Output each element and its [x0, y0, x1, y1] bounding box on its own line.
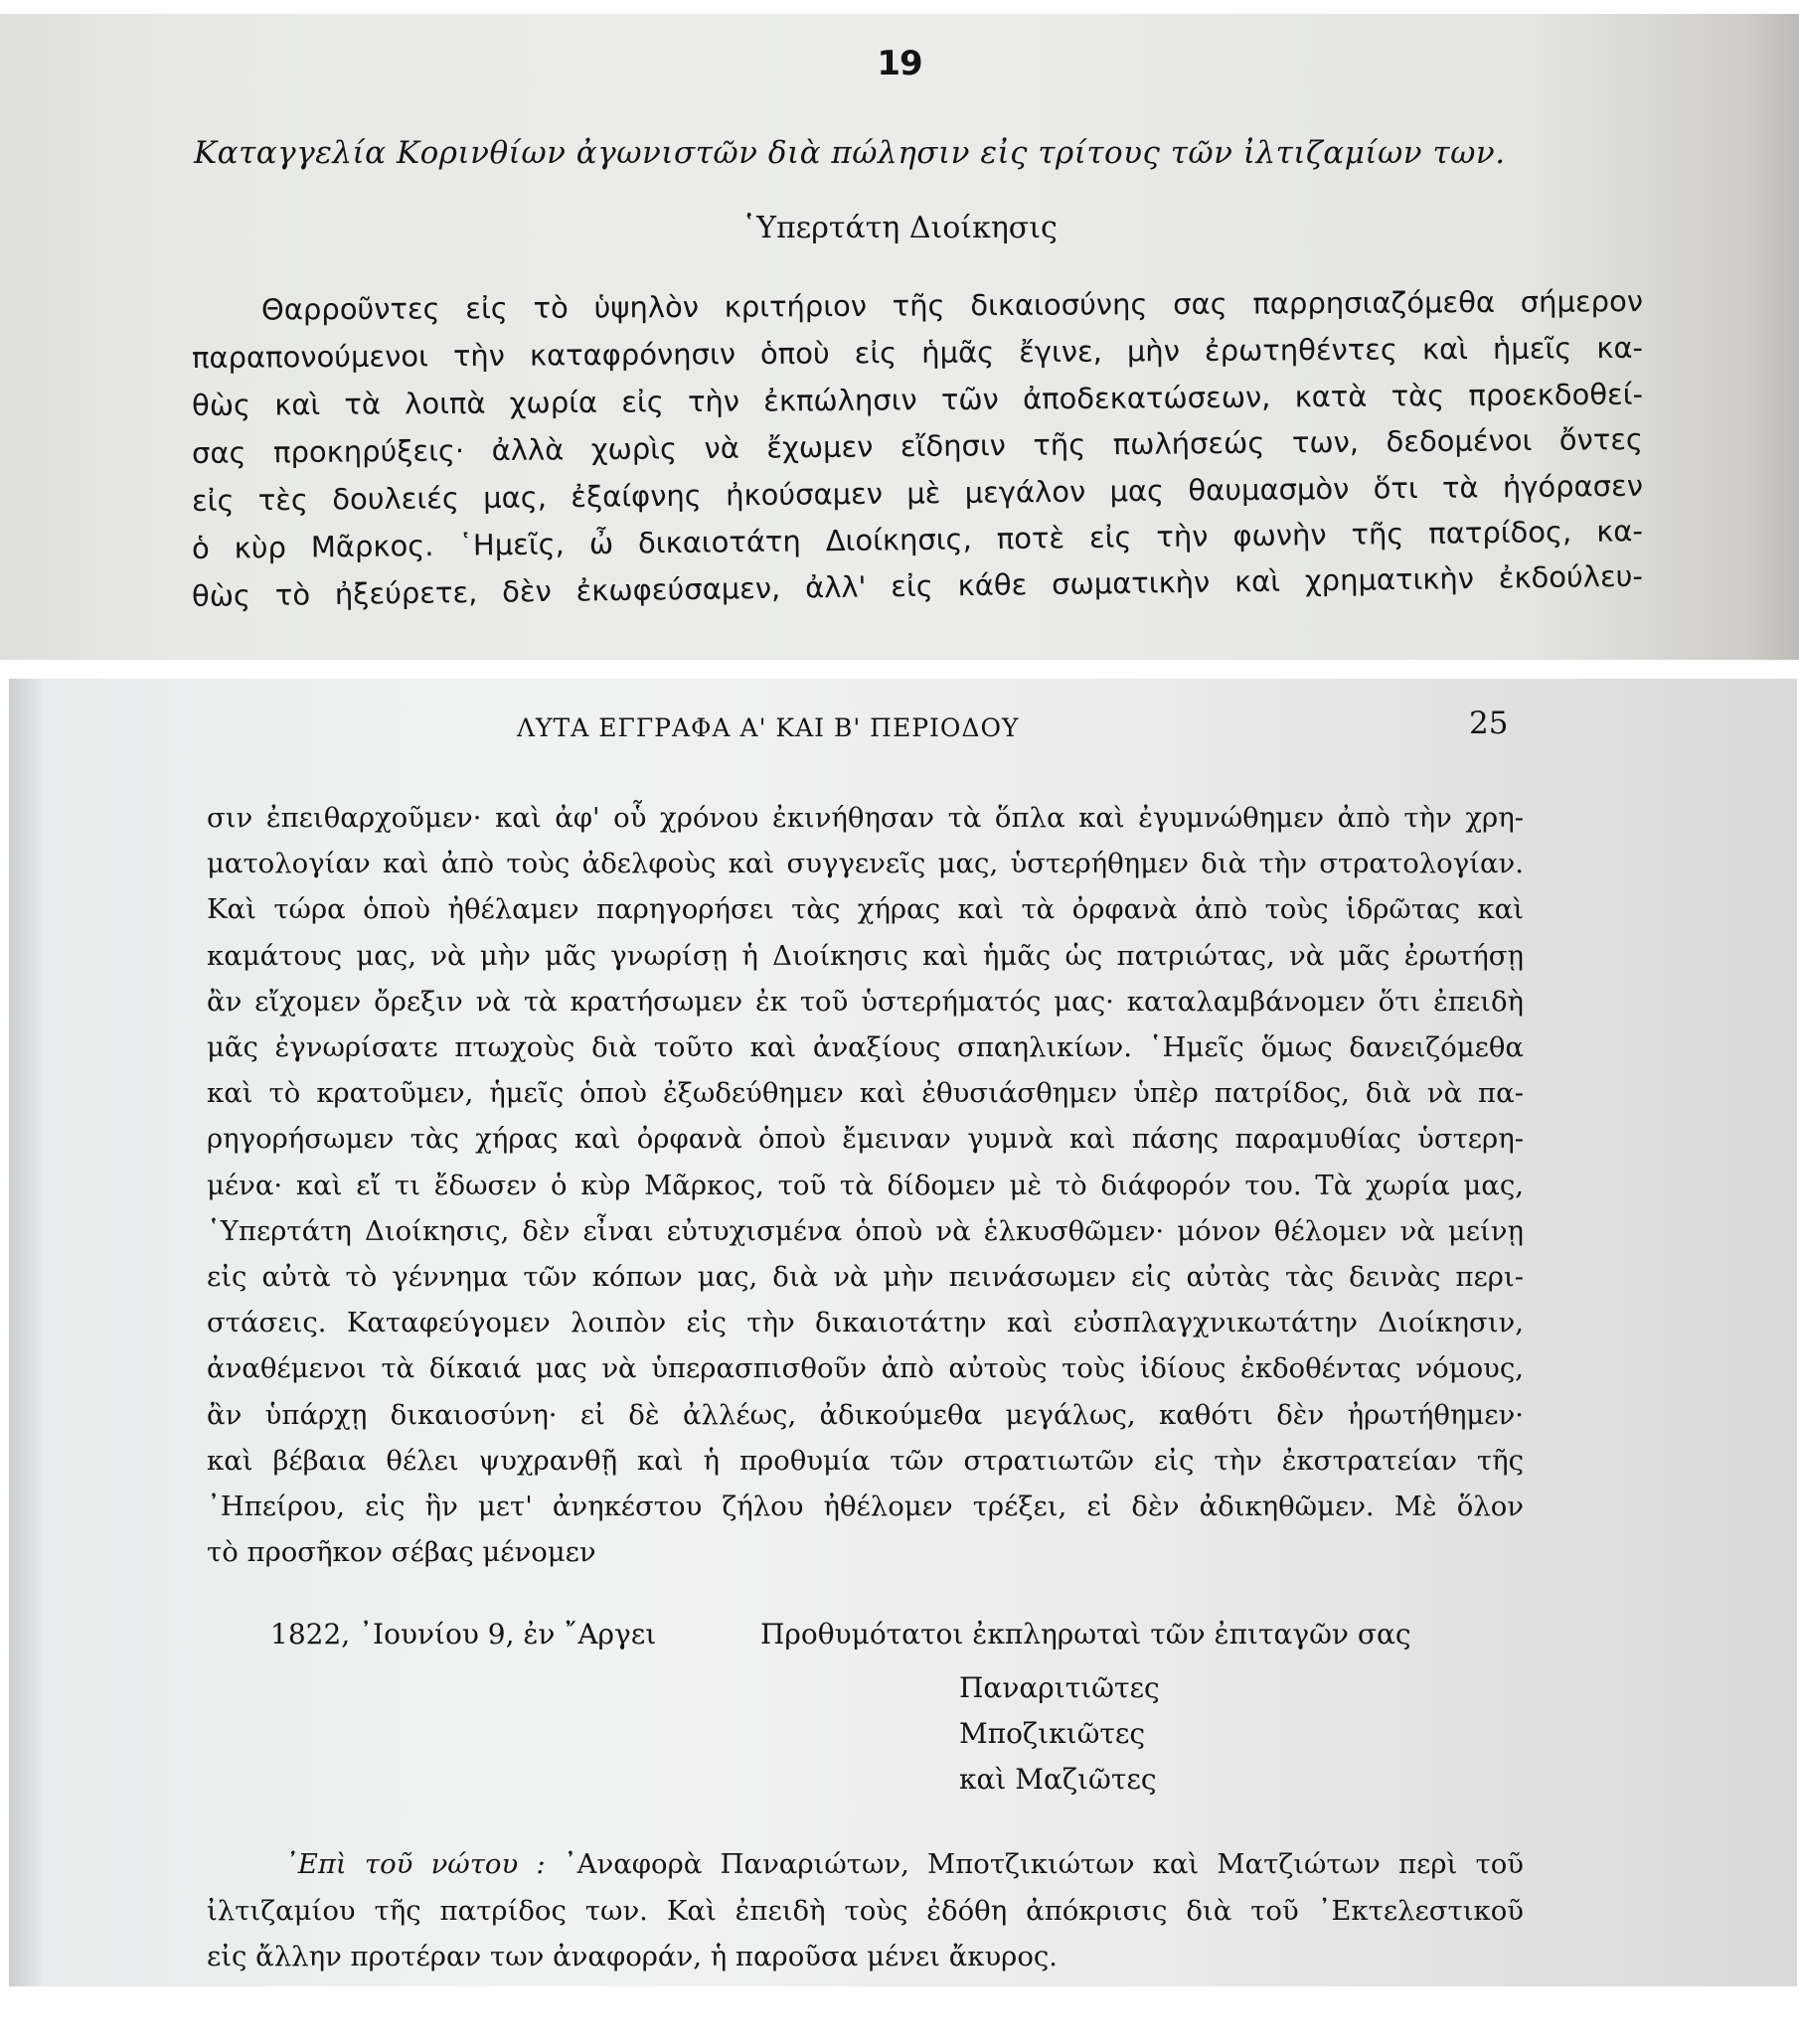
page-number: 19 — [0, 44, 1799, 83]
body-line: μένα· καὶ εἴ τι ἔδωσεν ὁ κὺρ Μᾶρκος, τοῦ… — [207, 1163, 1524, 1208]
top-page-body: Θαρροῦντες εἰς τὸ ὑψηλὸν κριτήριον τῆς δ… — [192, 286, 1643, 620]
page-number: 25 — [1469, 706, 1508, 741]
body-line: ᾿Ηπείρου, εἰς ἣν μετ' ἀνηκέστου ζήλου ἠθ… — [207, 1484, 1524, 1529]
body-line: καὶ βέβαια θέλει ψυχρανθῇ καὶ ἡ προθυμία… — [207, 1438, 1524, 1484]
body-line: τὸ προσῆκον σέβας μένομεν — [207, 1529, 1524, 1575]
signature-date-place: 1822, ᾿Ιουνίου 9, ἐν ῎Αργει — [270, 1618, 656, 1651]
body-line: καμάτους μας, νὰ μὴν μᾶς γνωρίσῃ ἡ Διοίκ… — [207, 933, 1524, 979]
body-line: σιν ἐπειθαρχοῦμεν· καὶ ἀφ' οὗ χρόνου ἐκι… — [207, 795, 1524, 841]
body-line: ματολογίαν καὶ ἀπὸ τοὺς ἀδελφοὺς καὶ συγ… — [207, 841, 1524, 886]
verso-line: ᾿Επὶ τοῦ νώτου : ᾿Αναφορὰ Παναριώτων, Μπ… — [207, 1841, 1524, 1888]
bottom-page-body: σιν ἐπειθαρχοῦμεν· καὶ ἀφ' οὗ χρόνου ἐκι… — [207, 795, 1524, 1575]
body-line: ἂν εἴχομεν ὄρεξιν νὰ τὰ κρατήσωμεν ἐκ το… — [207, 979, 1524, 1024]
body-line: στάσεις. Καταφεύγομεν λοιπὸν εἰς τὴν δικ… — [207, 1300, 1524, 1345]
body-line: ρηγορήσωμεν τὰς χήρας καὶ ὀρφανὰ ὁποὺ ἔμ… — [207, 1116, 1524, 1162]
verso-line: ἰλτιζαμίου τῆς πατρίδος των. Καὶ ἐπειδὴ … — [207, 1888, 1524, 1935]
signature-closing: Προθυμότατοι ἐκπληρωταὶ τῶν ἐπιταγῶν σας — [760, 1618, 1411, 1651]
verso-text: ᾿Αναφορὰ Παναριώτων, Μποτζικιώτων καὶ Μα… — [564, 1848, 1524, 1880]
document-title: Καταγγελία Κορινθίων ἀγωνιστῶν διὰ πώλησ… — [194, 135, 1506, 171]
signatories: Παναριτιῶτες Μποζικιῶτες καὶ Μαζιῶτες — [959, 1665, 1160, 1803]
verso-label: ᾿Επὶ τοῦ νώτου : — [284, 1848, 546, 1880]
signatory: Μποζικιῶτες — [959, 1711, 1160, 1757]
signatory: καὶ Μαζιῶτες — [959, 1757, 1160, 1803]
body-line: μᾶς ἐγνωρίσατε πτωχοὺς διὰ τοῦτο καὶ ἀνα… — [207, 1024, 1524, 1070]
body-line: ἂν ὑπάρχῃ δικαιοσύνη· εἰ δὲ ἀλλέως, ἀδικ… — [207, 1392, 1524, 1438]
body-line: ῾Υπερτάτη Διοίκησις, δὲν εἶναι εὐτυχισμέ… — [207, 1208, 1524, 1254]
signatory: Παναριτιῶτες — [959, 1665, 1160, 1711]
body-line: εἰς αὐτὰ τὸ γέννημα τῶν κόπων μας, διὰ ν… — [207, 1254, 1524, 1300]
body-line: καὶ τὸ κρατοῦμεν, ἡμεῖς ὁποὺ ἐξωδεύθημεν… — [207, 1070, 1524, 1116]
body-line: Καὶ τώρα ὁποὺ ἠθέλαμεν παρηγορήσει τὰς χ… — [207, 886, 1524, 932]
salutation: ῾Υπερτάτη Διοίκησις — [0, 211, 1799, 245]
verso-note: ᾿Επὶ τοῦ νώτου : ᾿Αναφορὰ Παναριώτων, Μπ… — [207, 1841, 1524, 1980]
running-head: ΛΥΤΑ ΕΓΓΡΑΦΑ Α' ΚΑΙ Β' ΠΕΡΙΟΔΟΥ — [517, 713, 1019, 742]
body-line: ἀναθέμενοι τὰ δίκαιά μας νὰ ὑπερασπισθοῦ… — [207, 1345, 1524, 1391]
verso-line: εἰς ἄλλην προτέραν των ἀναφοράν, ἡ παροῦ… — [207, 1934, 1524, 1980]
